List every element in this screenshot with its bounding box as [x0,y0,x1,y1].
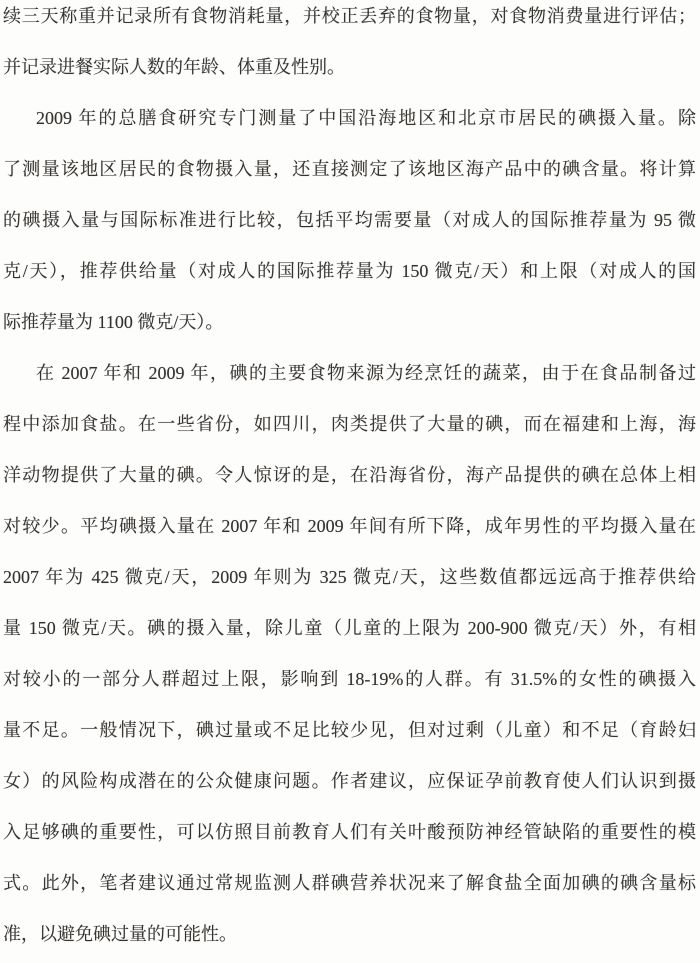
text-line: 量 150 微克/天。碘的摄入量，除儿童（儿童的上限为 200-900 微克/天… [3,603,696,654]
document-page: 续三天称重并记录所有食物消耗量，并校正丢弃的食物量，对食物消费量进行评估；并记录… [0,0,700,954]
text-line: 量不足。一般情况下，碘过量或不足比较少见，但对过剩（儿童）和不足（育龄妇 [3,705,696,756]
text-line: 准，以避免碘过量的可能性。 [3,909,696,960]
text-line: 入足够碘的重要性，可以仿照目前教育人们有关叶酸预防神经管缺陷的重要性的模 [3,807,696,858]
text-line: 了测量该地区居民的食物摄入量，还直接测定了该地区海产品中的碘含量。将计算 [3,144,696,195]
text-line: 在 2007 年和 2009 年，碘的主要食物来源为经烹饪的蔬菜，由于在食品制备… [3,348,696,399]
text-line: 的碘摄入量与国际标准进行比较，包括平均需要量（对成人的国际推荐量为 95 微 [3,195,696,246]
text-line: 续三天称重并记录所有食物消耗量，并校正丢弃的食物量，对食物消费量进行评估； [3,0,696,42]
text-line: 女）的风险构成潜在的公众健康问题。作者建议，应保证孕前教育使人们认识到摄 [3,756,696,807]
text-line: 对较少。平均碘摄入量在 2007 年和 2009 年间有所下降，成年男性的平均摄… [3,501,696,552]
text-line: 际推荐量为 1100 微克/天）。 [3,297,696,348]
text-line: 并记录进餐实际人数的年龄、体重及性别。 [3,42,696,93]
document-text: 续三天称重并记录所有食物消耗量，并校正丢弃的食物量，对食物消费量进行评估；并记录… [3,0,696,960]
text-line: 克/天），推荐供给量（对成人的国际推荐量为 150 微克/天）和上限（对成人的国 [3,246,696,297]
text-line: 程中添加食盐。在一些省份，如四川，肉类提供了大量的碘，而在福建和上海，海 [3,399,696,450]
text-line: 2009 年的总膳食研究专门测量了中国沿海地区和北京市居民的碘摄入量。除 [3,93,696,144]
text-line: 2007 年为 425 微克/天，2009 年则为 325 微克/天，这些数值都… [3,552,696,603]
text-line: 式。此外，笔者建议通过常规监测人群碘营养状况来了解食盐全面加碘的碘含量标 [3,858,696,909]
text-line: 洋动物提供了大量的碘。令人惊讶的是，在沿海省份，海产品提供的碘在总体上相 [3,450,696,501]
text-line: 对较小的一部分人群超过上限，影响到 18-19%的人群。有 31.5%的女性的碘… [3,654,696,705]
